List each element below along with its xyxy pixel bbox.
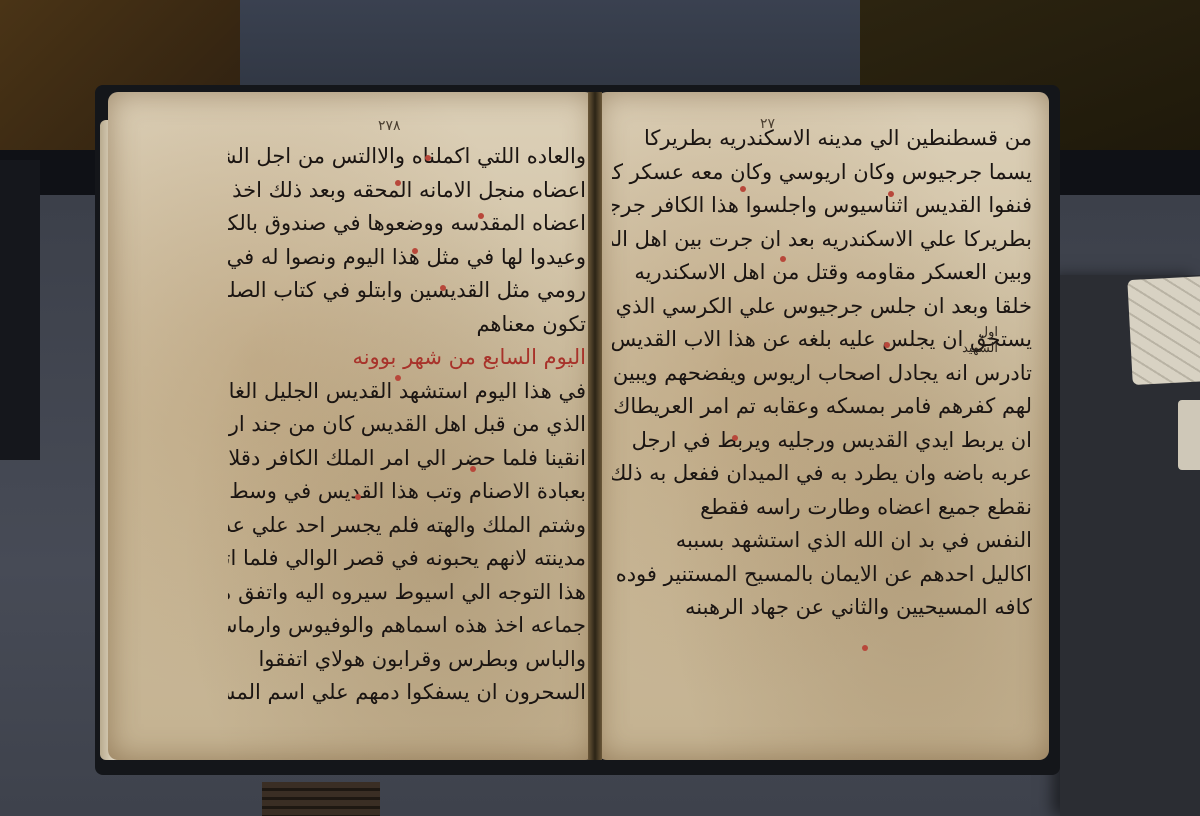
text-line: جماعه اخذ هذه اسماهم والوفيوس وارماسيوس (228, 609, 586, 643)
text-line: اعضاه المقدسه ووضعوها في صندوق بالكرامه … (228, 207, 586, 241)
stone-fragment (1127, 276, 1200, 385)
text-line: هذا التوجه الي اسيوط سيروه اليه واتفق مع… (228, 576, 586, 610)
text-line: والعاده اللتي اكملناه والاالتس من اجل ال… (228, 140, 586, 174)
rubric-dot (395, 180, 401, 186)
text-line: رومي مثل القديسين وابتلو في كتاب الصلوات… (228, 274, 586, 308)
text-line: وشتم الملك والهته فلم يجسر احد علي عذابه… (228, 509, 586, 543)
text-line: كافه المسيحيين والثاني عن جهاد الرهبنه (612, 591, 1032, 625)
text-line: وبين العسكر مقاومه وقتل من اهل الاسكندري… (612, 256, 1032, 290)
book-stand (262, 782, 380, 816)
text-line: السحرون ان يسفكوا دمهم علي اسم المسيح (228, 676, 586, 710)
rubric-dot (780, 256, 786, 262)
rubric-dot (355, 494, 361, 500)
text-line: من قسطنطين الي مدينه الاسكندريه بطريركا (612, 122, 1032, 156)
rubric-dot (470, 466, 476, 472)
rubric-heading: اليوم السابع من شهر بوونه (228, 341, 586, 375)
text-line: وعيدوا لها في مثل هذا اليوم ونصوا له في … (228, 241, 586, 275)
text-line: فنفوا القديس اثناسيوس واجلسوا هذا الكافر… (612, 189, 1032, 223)
text-line: النفس في بد ان الله الذي استشهد بسببه (612, 524, 1032, 558)
rubric-dot (884, 342, 890, 348)
text-line: انقينا فلما حضر الي امر الملك الكافر دقل… (228, 442, 586, 476)
text-line: بطريركا علي الاسكندريه بعد ان جرت بين اه… (612, 223, 1032, 257)
text-line: نقطع جميع اعضاه وطارت راسه فقطع (612, 491, 1032, 525)
display-case-left-edge (0, 160, 40, 460)
folio-number-left: ٢٧٨ (378, 118, 401, 134)
text-line: لهم كفرهم فامر بمسكه وعقابه تم امر العري… (612, 390, 1032, 424)
text-line: بعبادة الاصنام وتب هذا القديس في وسط الج… (228, 475, 586, 509)
text-line: ان يربط ايدي القديس ورجليه ويربط في ارجل (612, 424, 1032, 458)
rubric-dot (740, 186, 746, 192)
rubric-dot (412, 248, 418, 254)
rubric-dot (395, 375, 401, 381)
manuscript-gutter (588, 92, 602, 760)
text-line: مدينته لانهم يحبونه في قصر الوالي فلما ا… (228, 542, 586, 576)
stone-fragment-small (1178, 400, 1200, 470)
text-line: اعضاه منجل الامانه المحقه وبعد ذلك اخذ ا… (228, 174, 586, 208)
text-line: والباس وبطرس وقرابون هولاي اتفقوا (228, 643, 586, 677)
text-line: الذي من قبل اهل القديس كان من جند ارباب … (228, 408, 586, 442)
rubric-dot (440, 285, 446, 291)
rubric-dot (888, 191, 894, 197)
text-line: تادرس انه يجادل اصحاب اريوس ويفضحهم ويبي… (612, 357, 1032, 391)
rubric-dot (425, 155, 431, 161)
margin-note: اول الشهيد (958, 325, 998, 357)
text-line: تكون معناهم (228, 308, 586, 342)
text-line: خلقا وبعد ان جلس جرجيوس علي الكرسي الذي … (612, 290, 1032, 324)
text-line: عربه باضه وان يطرد به في الميدان ففعل به… (612, 457, 1032, 491)
rubric-dot (732, 435, 738, 441)
rubric-dot (478, 213, 484, 219)
right-page-text: من قسطنطين الي مدينه الاسكندريه بطريركا … (612, 122, 1032, 625)
rubric-dot (862, 645, 868, 651)
text-line: في هذا اليوم استشهد القديس الجليل الغالب… (228, 375, 586, 409)
text-line: اكاليل احدهم عن الايمان بالمسيح المستنير… (612, 558, 1032, 592)
text-line: يسما جرجيوس وكان اريوسي وكان معه عسكر كب… (612, 156, 1032, 190)
left-page-text: والعاده اللتي اكملناه والاالتس من اجل ال… (228, 140, 586, 710)
